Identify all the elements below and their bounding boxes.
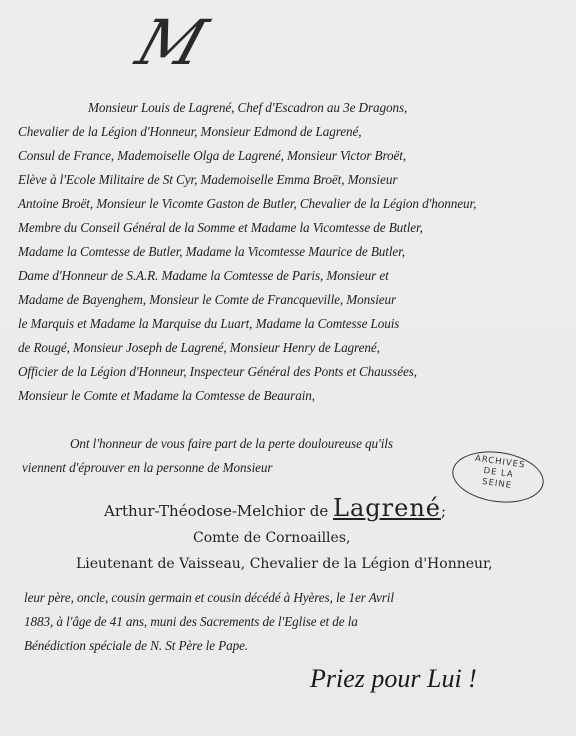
deceased-given-names: Arthur-Théodose-Melchior de [104,502,328,520]
deceased-rank: Lieutenant de Vaisseau, Chevalier de la … [76,556,493,572]
family-line: Madame de Bayenghem, Monsieur le Comte d… [18,292,396,308]
details-line: Bénédiction spéciale de N. St Père le Pa… [24,638,248,654]
monogram: M [128,6,209,79]
deceased-surname: Lagrené [333,494,441,522]
family-line: Elève à l'Ecole Militaire de St Cyr, Mad… [18,172,397,188]
announcement-line: viennent d'éprouver en la personne de Mo… [22,460,272,476]
announcement-line: Ont l'honneur de vous faire part de la p… [70,436,393,452]
details-line: 1883, à l'âge de 41 ans, muni des Sacrem… [24,614,358,630]
family-line: Membre du Conseil Général de la Somme et… [18,220,423,236]
family-line: Chevalier de la Légion d'Honneur, Monsie… [18,124,361,140]
family-line: le Marquis et Madame la Marquise du Luar… [18,316,399,332]
deceased-title: Comte de Cornoailles, [193,530,350,546]
details-line: leur père, oncle, cousin germain et cous… [24,590,394,606]
archives-stamp: ARCHIVES DE LA SEINE [449,446,547,508]
closing-prayer: Priez pour Lui ! [310,664,477,694]
deceased-surname-suffix: ; [441,502,446,520]
family-line: de Rougé, Monsieur Joseph de Lagrené, Mo… [18,340,380,356]
family-line: Officier de la Légion d'Honneur, Inspect… [18,364,417,380]
deceased-name: Arthur-Théodose-Melchior de Lagrené; [104,494,446,522]
family-line: Madame la Comtesse de Butler, Madame la … [18,244,405,260]
family-line: Monsieur le Comte et Madame la Comtesse … [18,388,315,404]
family-line: Consul de France, Mademoiselle Olga de L… [18,148,406,164]
death-announcement-page: M Monsieur Louis de Lagrené, Chef d'Esca… [0,0,576,736]
family-line: Antoine Broët, Monsieur le Vicomte Gasto… [18,196,476,212]
family-line: Monsieur Louis de Lagrené, Chef d'Escadr… [88,100,407,116]
family-line: Dame d'Honneur de S.A.R. Madame la Comte… [18,268,389,284]
